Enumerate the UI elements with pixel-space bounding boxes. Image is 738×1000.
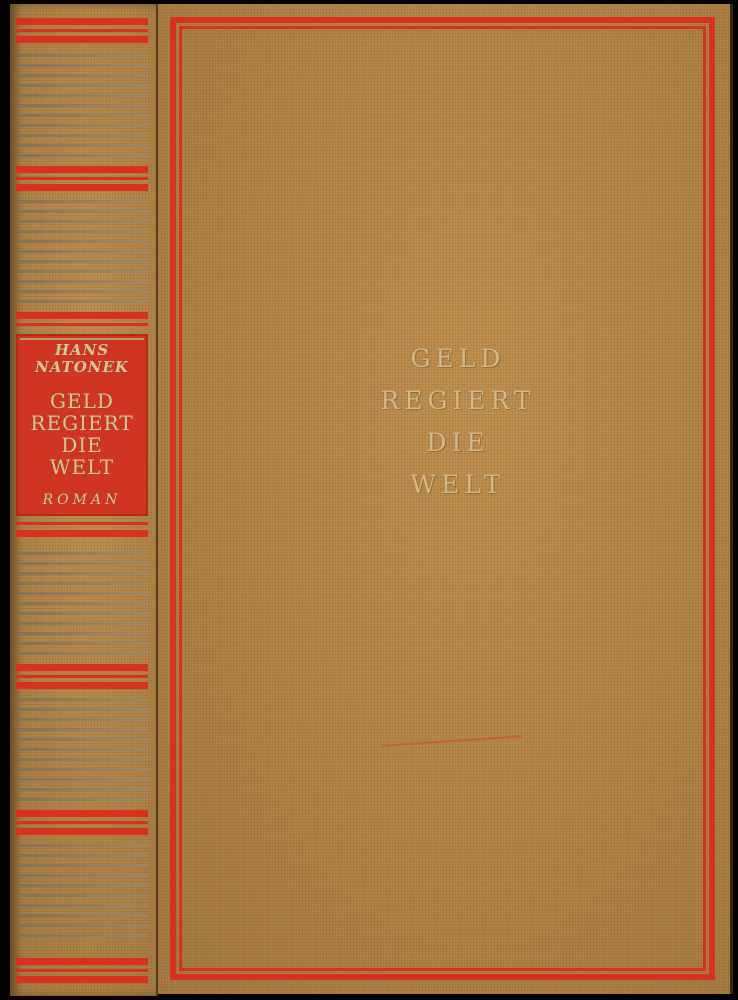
author-first-name: HANS — [16, 342, 148, 359]
spine-gold-rules-4 — [16, 698, 148, 808]
title-line: REGIERT — [16, 412, 148, 434]
spine-title: GELD REGIERT DIE WELT — [16, 390, 148, 478]
spine-red-band-2 — [16, 166, 148, 194]
spine-label-panel: HANS NATONEK GELD REGIERT DIE WELT ROMAN — [16, 334, 148, 516]
front-cover-title: GELD REGIERT DIE WELT — [308, 338, 608, 506]
spine-gold-rules-3 — [16, 552, 148, 662]
title-line: WELT — [308, 464, 608, 506]
title-line: REGIERT — [308, 380, 608, 422]
book-spine: HANS NATONEK GELD REGIERT DIE WELT ROMAN — [10, 4, 158, 996]
spine-red-band-5 — [16, 664, 148, 692]
title-line: DIE — [16, 434, 148, 456]
spine-red-band-top — [16, 18, 148, 48]
book-photo: HANS NATONEK GELD REGIERT DIE WELT ROMAN — [0, 0, 738, 1000]
spine-gold-rules-1 — [16, 54, 148, 164]
gold-rule — [20, 338, 144, 340]
spine-red-band-3 — [16, 312, 148, 332]
spine-gold-rules-5 — [16, 844, 148, 954]
author-last-name: NATONEK — [16, 359, 148, 376]
spine-red-band-4 — [16, 518, 148, 542]
title-line: GELD — [16, 390, 148, 412]
spine-subtitle: ROMAN — [16, 492, 148, 508]
spine-author: HANS NATONEK — [16, 342, 148, 376]
title-line: GELD — [308, 338, 608, 380]
spine-red-band-6 — [16, 810, 148, 838]
title-line: DIE — [308, 422, 608, 464]
front-cover: GELD REGIERT DIE WELT — [158, 4, 733, 994]
spine-red-band-bottom — [16, 958, 148, 986]
spine-gold-rules-2 — [16, 200, 148, 310]
title-line: WELT — [16, 456, 148, 478]
